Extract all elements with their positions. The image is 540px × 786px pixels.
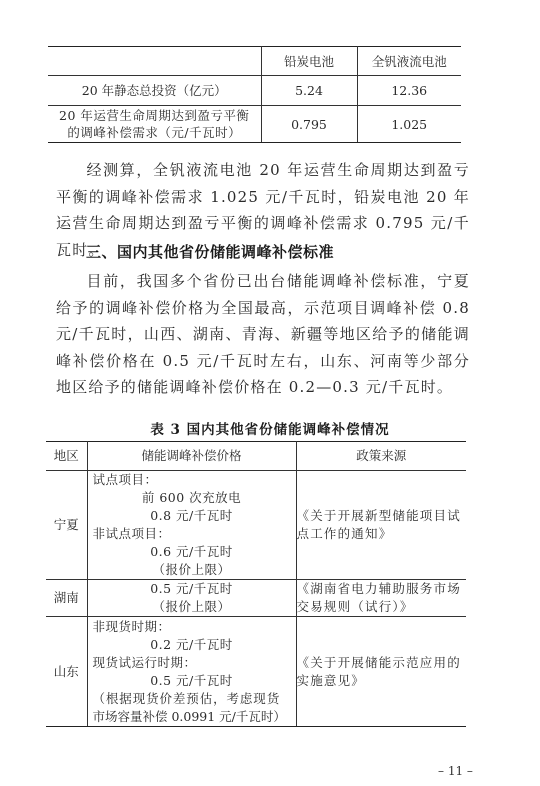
- price-line: 非试点项目：: [88, 525, 296, 543]
- price-cell: 0.5 元/千瓦时 （报价上限）: [87, 580, 296, 617]
- price-line: 非现货时期：: [88, 618, 296, 636]
- paragraph-text: 目前，我国多个省份已出台储能调峰补偿标准，宁夏给予的调峰补偿价格为全国最高，示范…: [56, 272, 470, 396]
- table-row-shandong: 山东 非现货时期： 0.2 元/千瓦时 现货试运行时期： 0.5 元/千瓦时 （…: [46, 617, 466, 727]
- table-caption: 表 3 国内其他省份储能调峰补偿情况: [0, 418, 540, 438]
- paragraph-overview: 目前，我国多个省份已出台储能调峰补偿标准，宁夏给予的调峰补偿价格为全国最高，示范…: [56, 268, 470, 401]
- table-row: 20 年静态总投资（亿元） 5.24 12.36: [48, 76, 461, 106]
- price-line: （根据现货价差预估，考虑现货: [88, 690, 296, 708]
- table-header-row: 铅炭电池 全钒液流电池: [48, 47, 461, 76]
- table-row-hunan: 湖南 0.5 元/千瓦时 （报价上限） 《湖南省电力辅助服务市场交易规则（试行）…: [46, 580, 466, 617]
- header-cell-lead-carbon: 铅炭电池: [261, 47, 357, 76]
- cell-value: 1.025: [357, 106, 461, 143]
- region-cell: 湖南: [46, 580, 87, 617]
- price-line: 0.5 元/千瓦时: [88, 672, 296, 690]
- price-cell: 非现货时期： 0.2 元/千瓦时 现货试运行时期： 0.5 元/千瓦时 （根据现…: [87, 617, 296, 727]
- row-label: 20 年运营生命周期达到盈亏平衡 的调峰补偿需求（元/千瓦时）: [48, 106, 261, 143]
- price-line: 0.5 元/千瓦时: [88, 580, 296, 598]
- cell-value: 5.24: [261, 76, 357, 106]
- price-line: （报价上限）: [88, 561, 296, 579]
- source-cell: 《关于开展储能示范应用的实施意见》: [296, 617, 466, 727]
- header-cell-vanadium-flow: 全钒液流电池: [357, 47, 461, 76]
- row-label-line: 20 年运营生命周期达到盈亏平衡: [48, 107, 261, 124]
- header-cell-source: 政策来源: [296, 442, 466, 471]
- header-cell-price: 储能调峰补偿价格: [87, 442, 296, 471]
- row-label: 20 年静态总投资（亿元）: [48, 76, 261, 106]
- price-line: 试点项目：: [88, 471, 296, 489]
- source-cell: 《关于开展新型储能项目试点工作的通知》: [296, 471, 466, 580]
- section-heading: 三、国内其他省份储能调峰补偿标准: [86, 241, 334, 262]
- price-line: （报价上限）: [88, 598, 296, 616]
- cell-value: 0.795: [261, 106, 357, 143]
- header-cell-region: 地区: [46, 442, 87, 471]
- price-line: 现货试运行时期：: [88, 654, 296, 672]
- price-cell: 试点项目： 前 600 次充放电 0.8 元/千瓦时 非试点项目： 0.6 元/…: [87, 471, 296, 580]
- table-header-row: 地区 储能调峰补偿价格 政策来源: [46, 442, 466, 471]
- page-number: – 11 –: [438, 764, 473, 778]
- region-cell: 山东: [46, 617, 87, 727]
- source-cell: 《湖南省电力辅助服务市场交易规则（试行）》: [296, 580, 466, 617]
- province-compensation-table: 地区 储能调峰补偿价格 政策来源 宁夏 试点项目： 前 600 次充放电 0.8…: [46, 441, 466, 727]
- battery-comparison-table: 铅炭电池 全钒液流电池 20 年静态总投资（亿元） 5.24 12.36 20 …: [48, 46, 461, 143]
- cell-value: 12.36: [357, 76, 461, 106]
- header-cell-empty: [48, 47, 261, 76]
- row-label-line: 的调峰补偿需求（元/千瓦时）: [48, 124, 261, 141]
- region-cell: 宁夏: [46, 471, 87, 580]
- price-line: 市场容量补偿 0.0991 元/千瓦时）: [88, 708, 296, 726]
- price-line: 0.2 元/千瓦时: [88, 636, 296, 654]
- table-row: 20 年运营生命周期达到盈亏平衡 的调峰补偿需求（元/千瓦时） 0.795 1.…: [48, 106, 461, 143]
- price-line: 前 600 次充放电: [88, 489, 296, 507]
- table-row-ningxia: 宁夏 试点项目： 前 600 次充放电 0.8 元/千瓦时 非试点项目： 0.6…: [46, 471, 466, 580]
- price-line: 0.8 元/千瓦时: [88, 507, 296, 525]
- price-line: 0.6 元/千瓦时: [88, 543, 296, 561]
